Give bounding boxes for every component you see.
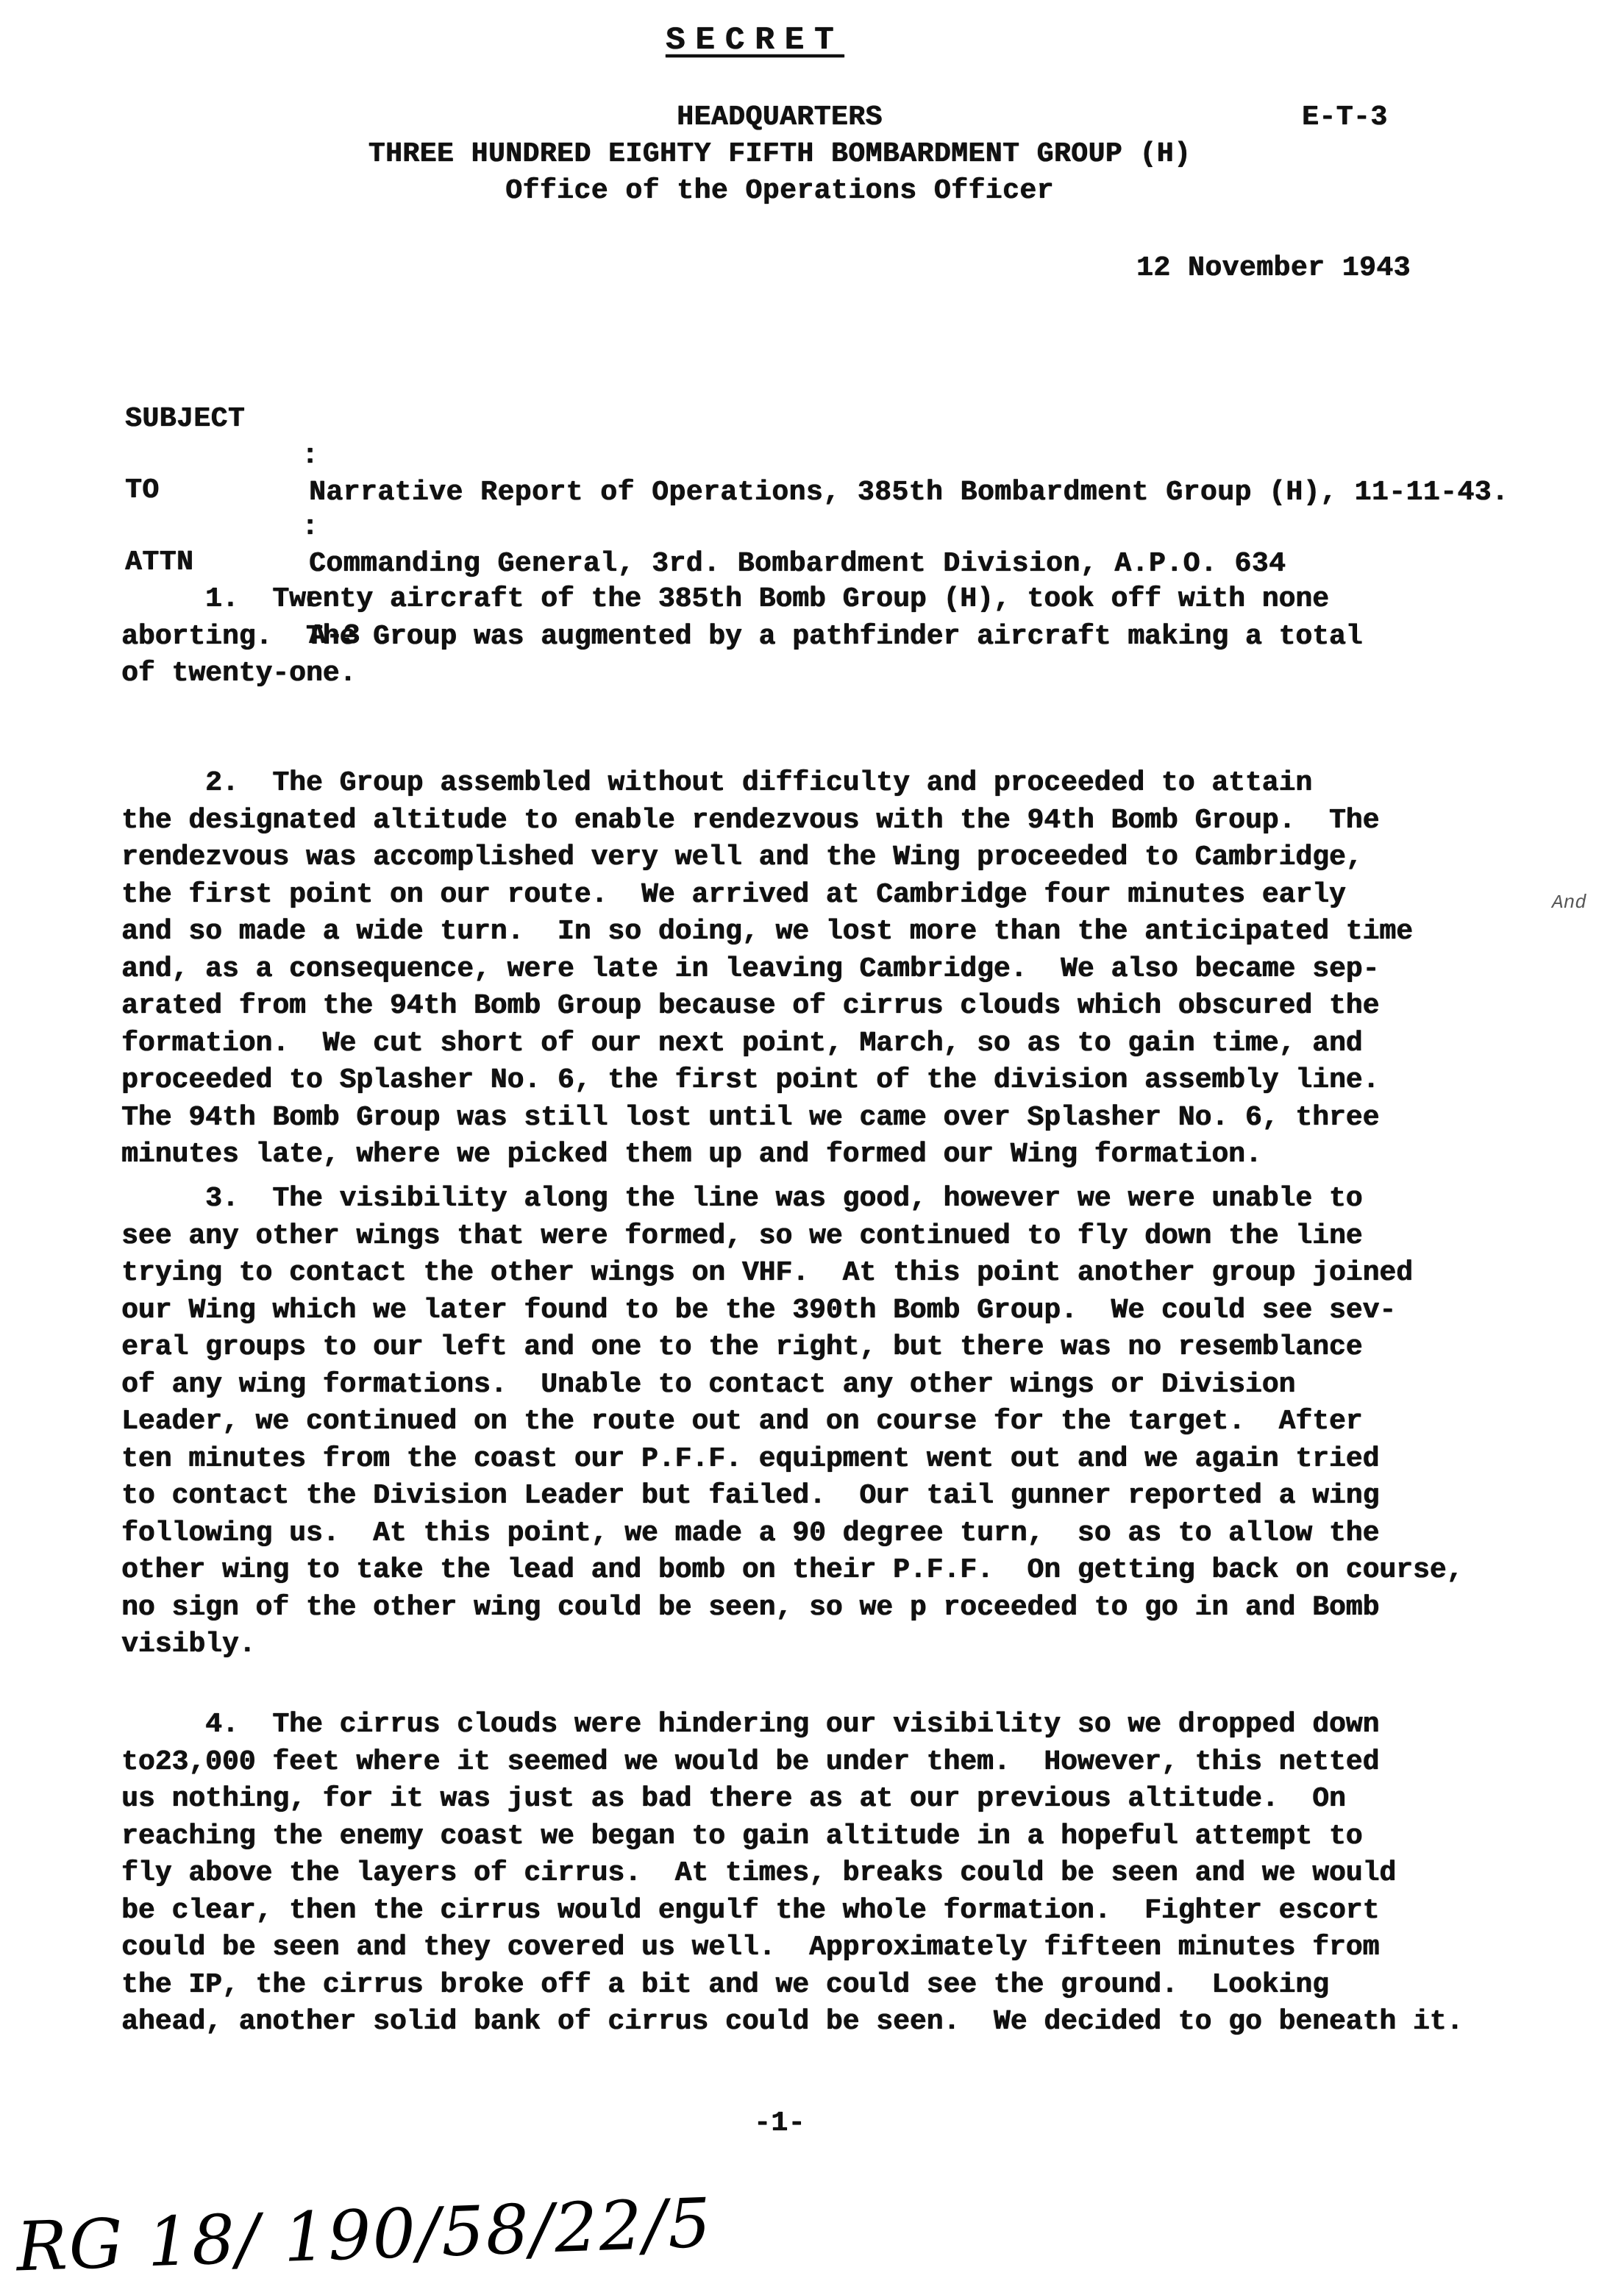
paragraph-line: eral groups to our left and one to the r… [121, 1329, 1578, 1367]
paragraph-line: us nothing, for it was just as bad there… [121, 1781, 1578, 1818]
paragraph-line: aborting. The Group was augmented by a p… [121, 619, 1578, 656]
paragraph-line: proceeded to Splasher No. 6, the first p… [121, 1062, 1578, 1100]
paragraph-line: Leader, we continued on the route out an… [121, 1403, 1578, 1441]
paragraph-line: ahead, another solid bank of cirrus coul… [121, 2004, 1578, 2041]
paragraph-line: formation. We cut short of our next poin… [121, 1025, 1578, 1063]
classification-marking: SECRET [666, 22, 844, 59]
header-unit-name: THREE HUNDRED EIGHTY FIFTH BOMBARDMENT G… [0, 136, 1559, 173]
paragraph-line: ten minutes from the coast our P.F.F. eq… [121, 1441, 1578, 1479]
paragraph-line: be clear, then the cirrus would engulf t… [121, 1893, 1578, 1930]
margin-annotation: And [1552, 892, 1586, 914]
paragraph-2: 2. The Group assembled without difficult… [121, 765, 1578, 1174]
document-date: 12 November 1943 [1136, 250, 1411, 287]
memo-value: Commanding General, 3rd. Bombardment Div… [309, 546, 1286, 583]
reference-code: E-T-3 [1302, 99, 1388, 136]
paragraph-1: 1. Twenty aircraft of the 385th Bomb Gro… [121, 581, 1578, 693]
paragraph-line: rendezvous was accomplished very well an… [121, 839, 1578, 877]
paragraph-line: could be seen and they covered us well. … [121, 1929, 1578, 1967]
paragraph-line: The 94th Bomb Group was still lost until… [121, 1100, 1578, 1137]
header-office: Office of the Operations Officer [0, 173, 1559, 210]
paragraph-line: minutes late, where we picked them up an… [121, 1136, 1578, 1174]
paragraph-line: our Wing which we later found to be the … [121, 1292, 1578, 1330]
paragraph-line: of twenty-one. [121, 655, 1578, 693]
paragraph-line: and so made a wide turn. In so doing, we… [121, 914, 1578, 951]
paragraph-line: and, as a consequence, were late in leav… [121, 951, 1578, 989]
paragraph-line: no sign of the other wing could be seen,… [121, 1590, 1578, 1627]
memo-label: ATTN [125, 544, 193, 581]
paragraph-line: 2. The Group assembled without difficult… [121, 765, 1578, 803]
memo-colon: : [302, 438, 318, 474]
paragraph-line: to contact the Division Leader but faile… [121, 1478, 1578, 1515]
page-number: -1- [754, 2105, 805, 2142]
paragraph-line: fly above the layers of cirrus. At times… [121, 1855, 1578, 1893]
document-page: SECRET HEADQUARTERS THREE HUNDRED EIGHTY… [0, 0, 1624, 2295]
paragraph-line: the first point on our route. We arrived… [121, 877, 1578, 914]
archive-reference-handwritten: RG 18/ 190/58/22/5 [15, 2184, 713, 2287]
memo-label: TO [125, 472, 160, 509]
paragraph-line: the IP, the cirrus broke off a bit and w… [121, 1967, 1578, 2004]
paragraph-3: 3. The visibility along the line was goo… [121, 1181, 1578, 1664]
memo-label: SUBJECT [125, 401, 245, 438]
paragraph-line: visibly. [121, 1626, 1578, 1664]
paragraph-4: 4. The cirrus clouds were hindering our … [121, 1707, 1578, 2041]
paragraph-line: see any other wings that were formed, so… [121, 1218, 1578, 1256]
paragraph-line: reaching the enemy coast we began to gai… [121, 1818, 1578, 1856]
paragraph-line: following us. At this point, we made a 9… [121, 1515, 1578, 1553]
paragraph-line: of any wing formations. Unable to contac… [121, 1367, 1578, 1404]
paragraph-line: 1. Twenty aircraft of the 385th Bomb Gro… [121, 581, 1578, 619]
paragraph-line: to23,000 feet where it seemed we would b… [121, 1744, 1578, 1782]
memo-value: Narrative Report of Operations, 385th Bo… [309, 474, 1509, 511]
paragraph-line: arated from the 94th Bomb Group because … [121, 988, 1578, 1025]
paragraph-line: other wing to take the lead and bomb on … [121, 1552, 1578, 1590]
paragraph-line: trying to contact the other wings on VHF… [121, 1255, 1578, 1292]
paragraph-line: 3. The visibility along the line was goo… [121, 1181, 1578, 1218]
paragraph-line: 4. The cirrus clouds were hindering our … [121, 1707, 1578, 1744]
memo-colon: : [302, 509, 318, 546]
paragraph-line: the designated altitude to enable rendez… [121, 803, 1578, 840]
